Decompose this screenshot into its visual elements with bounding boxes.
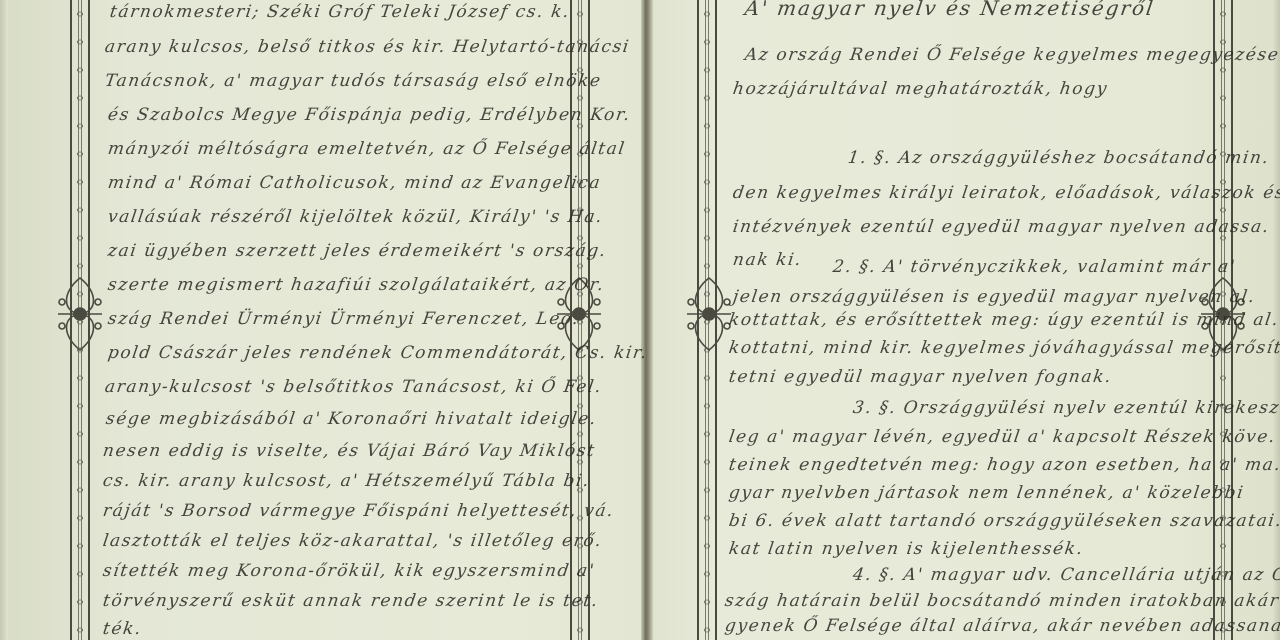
text-line: ráját 's Borsod vármegye Főispáni helyet…: [102, 501, 616, 521]
text-line: den kegyelmes királyi leiratok, előadáso…: [732, 183, 1280, 203]
text-line: arany kulcsos, belső titkos és kir. Hely…: [104, 37, 632, 57]
text-line: lasztották el teljes köz-akarattal, 's i…: [102, 531, 604, 551]
text-line: nesen eddig is viselte, és Vájai Báró Va…: [102, 441, 597, 461]
text-line: 3. §. Országgyülési nyelv ezentúl kireke…: [852, 398, 1280, 418]
text-line: bi 6. évek alatt tartandó országgyülések…: [728, 511, 1280, 531]
text-line: mányzói méltóságra emeltetvén, az Ő Fels…: [107, 139, 627, 159]
text-line: tetni egyedül magyar nyelven fognak.: [728, 367, 1114, 387]
text-line: tárnokmesteri; Széki Gróf Teleki József …: [109, 2, 572, 22]
text-line: 1. §. Az országgyüléshez bocsátandó min.: [847, 148, 1271, 168]
manuscript-spread: tárnokmesteri; Széki Gróf Teleki József …: [0, 0, 1280, 640]
text-line: törvényszerű esküt annak rende szerint l…: [102, 591, 601, 611]
text-line: zai ügyében szerzett jeles érdemeikért '…: [107, 241, 609, 261]
text-line: szág határain belül bocsátandó minden ir…: [724, 591, 1280, 611]
text-line: intézvények ezentúl egyedül magyar nyelv…: [732, 217, 1272, 237]
text-line: kat latin nyelven is kijelenthessék.: [728, 539, 1085, 559]
text-line: 2. §. A' törvényczikkek, valamint már a': [832, 257, 1238, 277]
section-heading: A' magyar nyelv és Nemzetiségről: [743, 0, 1156, 20]
text-line: sége megbizásából a' Koronaőri hivatalt …: [105, 409, 599, 429]
text-line: arany-kulcsost 's belsőtitkos Tanácsost,…: [104, 377, 604, 397]
right-page: A' magyar nyelv és Nemzetiségről Az orsz…: [653, 0, 1272, 640]
text-line: vallásúak részéről kijelöltek közül, Kir…: [107, 207, 605, 227]
text-line: gyar nyelvben jártasok nem lennének, a' …: [728, 483, 1246, 503]
text-line: hozzájárultával meghatározták, hogy: [732, 79, 1110, 99]
text-line: ték.: [102, 619, 144, 639]
left-page: tárnokmesteri; Széki Gróf Teleki József …: [0, 0, 641, 640]
text-line: Tanácsnok, a' magyar tudós társaság első…: [104, 71, 603, 91]
floral-ornament-icon: [52, 272, 108, 356]
text-line: és Szabolcs Megye Főispánja pedig, Erdél…: [107, 105, 633, 125]
text-line: leg a' magyar lévén, egyedül a' kapcsolt…: [728, 427, 1278, 447]
text-line: gyenek Ő Felsége által aláírva, akár nev…: [724, 616, 1280, 636]
text-line: mind a' Római Catholicusok, mind az Evan…: [107, 173, 603, 193]
text-line: Az ország Rendei Ő Felsége kegyelmes meg…: [744, 45, 1280, 65]
text-line: pold Császár jeles rendének Commendátorá…: [107, 343, 650, 363]
text-line: teinek engedtetvén meg: hogy azon esetbe…: [728, 455, 1280, 475]
text-line: jelen országgyülésen is egyedül magyar n…: [732, 287, 1257, 307]
text-line: nak ki.: [732, 250, 804, 270]
text-line: kottatni, mind kir. kegyelmes jóváhagyás…: [728, 338, 1280, 358]
text-line: cs. kir. arany kulcsost, a' Hétszemélyű …: [102, 471, 592, 491]
text-line: szerte megismert hazafiúi szolgálataikér…: [107, 275, 606, 295]
book-gutter: [641, 0, 653, 640]
text-line: szág Rendei Ürményi Ürményi Ferenczet, L…: [107, 309, 581, 329]
text-line: kottattak, és erősíttettek meg: úgy ezen…: [728, 310, 1280, 330]
text-line: 4. §. A' magyar udv. Cancellária utján a…: [852, 565, 1280, 585]
text-line: sítették meg Korona-őrökül, kik egyszers…: [102, 561, 597, 581]
